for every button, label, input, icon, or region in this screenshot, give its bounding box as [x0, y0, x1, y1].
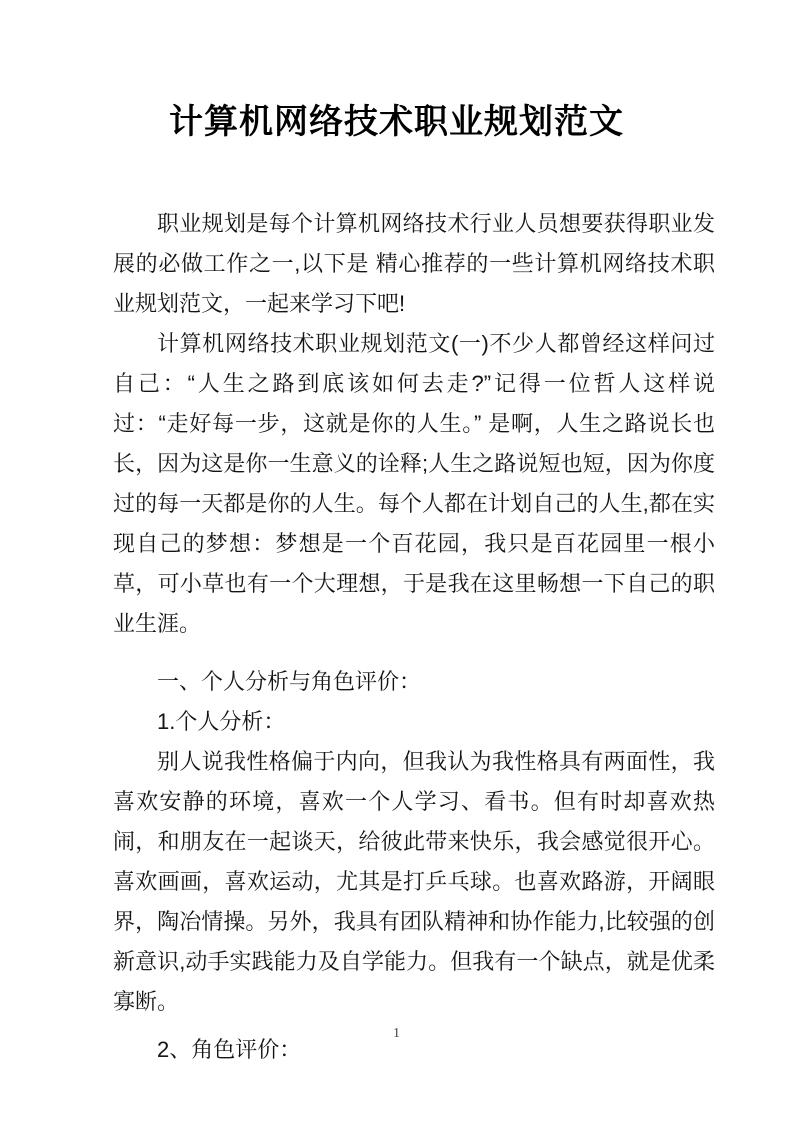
personal-analysis-paragraph: 别人说我性格偏于内向，但我认为我性格具有两面性，我喜欢安静的环境，喜欢一个人学习… — [113, 742, 715, 1022]
essay-opening-paragraph: 计算机网络技术职业规划范文(一)不少人都曾经这样问过自己：“人生之路到底该如何去… — [113, 324, 715, 644]
subheading-personal-analysis: 1.个人分析： — [113, 702, 715, 742]
page-number: 1 — [0, 1026, 793, 1042]
document-title: 计算机网络技术职业规划范文 — [0, 0, 793, 144]
document-body: 职业规划是每个计算机网络技术行业人员想要获得职业发展的必做工作之一,以下是 精心… — [113, 204, 715, 1070]
intro-paragraph: 职业规划是每个计算机网络技术行业人员想要获得职业发展的必做工作之一,以下是 精心… — [113, 204, 715, 324]
document-page: 计算机网络技术职业规划范文 职业规划是每个计算机网络技术行业人员想要获得职业发展… — [0, 0, 793, 1122]
section-heading-personal-analysis: 一、个人分析与角色评价： — [113, 662, 715, 702]
